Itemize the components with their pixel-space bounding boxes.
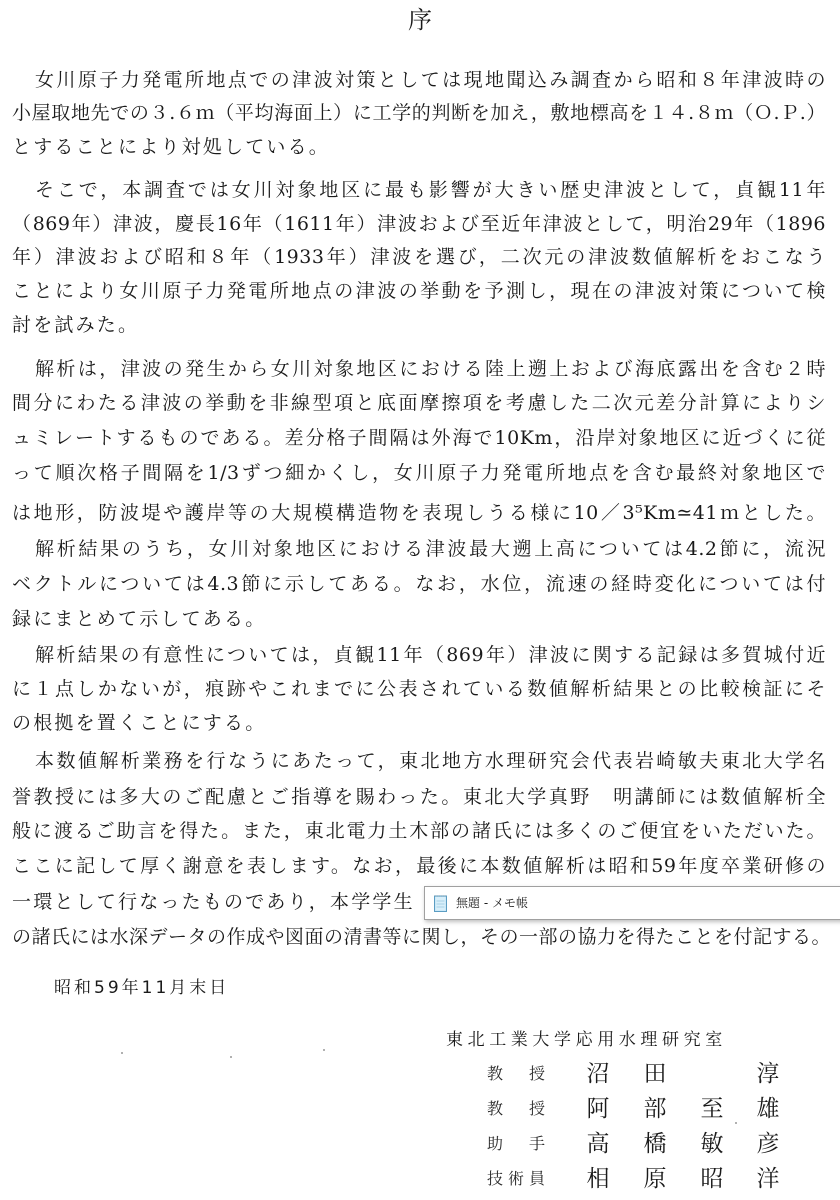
paragraph-1-line-1: 女川原子力発電所地点での津波対策としては現地聞込み調査から昭和８年津波時の: [35, 65, 826, 95]
paragraph-3-line-5: は地形，防波堤や護岸等の大規模構造物を表現しうる様に10／3⁵Km≃41ｍとした…: [12, 498, 826, 528]
member-name-char: 相: [585, 1162, 611, 1196]
paragraph-4-line-2: ベクトルについては4.3節に示してある。なお，水位，流速の経時変化については付: [12, 569, 826, 599]
scan-speck: [121, 1052, 123, 1054]
paragraph-3-line-1: 解析は，津波の発生から女川対象地区における陸上遡上および海底露出を含む２時: [35, 354, 826, 384]
paragraph-6-line-4: ここに記して厚く謝意を表します。なお，最後に本数値解析は昭和59年度卒業研修の: [12, 851, 826, 881]
paragraph-2-line-2: （869年）津波，慶長16年（1611年）津波および至近年津波として，明治29年…: [12, 209, 826, 239]
paragraph-3-line-2: 間分にわたる津波の挙動を非線型項と底面摩擦項を考慮した二次元差分計算によりシ: [12, 388, 826, 418]
member-role: 教授: [487, 1061, 545, 1087]
paragraph-2-line-5: 討を試みた。: [12, 310, 139, 340]
paragraph-6-line-6: の諸氏には水深データの作成や図面の清書等に関し，その一部の協力を得たことを付記す…: [12, 922, 826, 952]
scan-speck: [553, 72, 555, 74]
member-name-char: 至: [699, 1092, 725, 1126]
member-role: 技術員: [487, 1166, 545, 1192]
paragraph-2-line-1: そこで，本調査では女川対象地区に最も影響が大きい歴史津波として，貞観11年: [35, 175, 826, 205]
notepad-icon: [434, 894, 447, 912]
member-name-char: 原: [642, 1162, 668, 1196]
paragraph-5-line-3: の根拠を置くことにする。: [12, 708, 266, 738]
paragraph-4-line-3: 録にまとめて示してある。: [12, 604, 266, 634]
paragraph-1-line-2: 小屋取地先での３.６ｍ（平均海面上）に工学的判断を加え，敷地標高を１４.８ｍ（Ｏ…: [12, 98, 826, 128]
paragraph-1-line-3: とすることにより対処している。: [12, 132, 330, 162]
paragraph-5-line-1: 解析結果の有意性については，貞観11年（869年）津波に関する記録は多賀城付近: [35, 640, 826, 670]
paragraph-2-line-3: 年）津波および昭和８年（1933年）津波を選び，二次元の津波数値解析をおこなう: [12, 242, 826, 272]
member-name-char: 昭: [699, 1162, 725, 1196]
laboratory-name: 東北工業大学応用水理研究室: [446, 1026, 727, 1054]
member-name-char: 敏: [699, 1127, 725, 1161]
paragraph-5-line-2: に１点しかないが，痕跡やこれまでに公表されている数値解析結果との比較検証にそ: [12, 674, 826, 704]
paragraph-6-line-5: 一環として行なったものであり，本学学生: [12, 887, 415, 917]
paragraph-6-line-1: 本数値解析業務を行なうにあたって，東北地方水理研究会代表岩崎敏夫東北大学名: [35, 746, 826, 776]
member-row: 助手 高 橋 敏 彦: [487, 1127, 787, 1161]
scan-speck: [735, 1122, 737, 1124]
document-page: 序 女川原子力発電所地点での津波対策としては現地聞込み調査から昭和８年津波時の …: [0, 0, 840, 1200]
member-name-char: 彦: [755, 1127, 781, 1161]
member-name-char: 橋: [642, 1127, 668, 1161]
paragraph-6-line-2: 誉教授には多大のご配慮とご指導を賜わった。東北大学真野 明講師には数値解析全: [12, 782, 826, 812]
document-date: 昭和59年11月末日: [54, 974, 229, 1002]
paragraph-6-line-3: 般に渡るご助言を得た。また，東北電力土木部の諸氏には多くのご便宜をいただいた。: [12, 816, 826, 846]
scan-speck: [323, 1049, 325, 1051]
member-role: 助手: [487, 1131, 545, 1157]
paragraph-3-line-4: って順次格子間隔を1/3ずつ細かくし，女川原子力発電所地点を含む最終対象地区で: [12, 458, 826, 488]
member-row: 技術員 相 原 昭 洋: [487, 1162, 787, 1196]
member-name-char: 高: [585, 1127, 611, 1161]
member-name-char: 淳: [755, 1057, 781, 1091]
scan-speck: [230, 1056, 232, 1058]
member-name-char: 沼: [585, 1057, 611, 1091]
page-title: 序: [400, 4, 440, 36]
member-name-char: 部: [642, 1092, 668, 1126]
paragraph-2-line-4: ことにより女川原子力発電所地点の津波の挙動を予測し，現在の津波対策について検: [12, 276, 826, 306]
member-row: 教授 沼 田 淳: [487, 1057, 787, 1091]
member-row: 教授 阿 部 至 雄: [487, 1092, 787, 1126]
notepad-window-preview[interactable]: 無題 - メモ帳: [424, 886, 840, 920]
member-name-char: 阿: [585, 1092, 611, 1126]
member-name-char: 雄: [755, 1092, 781, 1126]
member-role: 教授: [487, 1096, 545, 1122]
paragraph-3-line-3: ュミレートするものである。差分格子間隔は外海で10Km，沿岸対象地区に近づくに従: [12, 423, 826, 453]
notepad-window-title: 無題 - メモ帳: [456, 894, 528, 912]
member-name-char: 田: [642, 1057, 668, 1091]
member-name-char: 洋: [755, 1162, 781, 1196]
paragraph-4-line-1: 解析結果のうち，女川対象地区における津波最大遡上高については4.2節に，流況: [35, 534, 826, 564]
